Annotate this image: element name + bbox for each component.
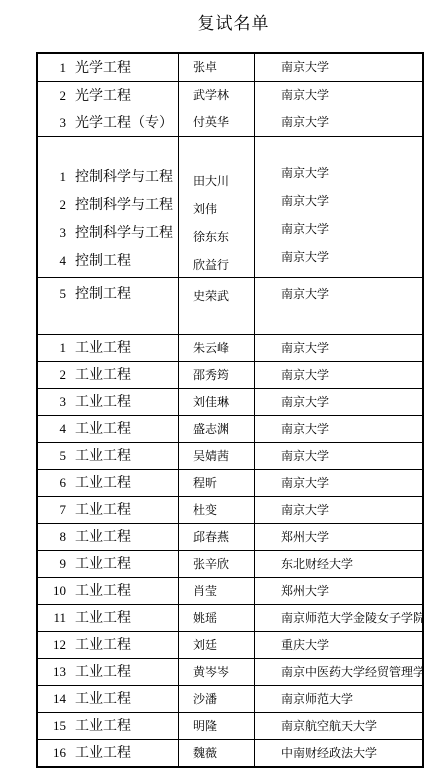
name-cell: 魏薇 <box>179 740 255 766</box>
major-cell: 11工业工程 <box>38 605 179 631</box>
table-row: 15工业工程 明隆 南京航空航天大学 <box>38 712 422 739</box>
table-row: 3工业工程 刘佳琳 南京大学 <box>38 388 422 415</box>
table-row: 11工业工程 姚瑶 南京师范大学金陵女子学院 <box>38 604 422 631</box>
major-cell: 1光学工程 <box>38 54 179 81</box>
major-cell: 1工业工程 <box>38 335 179 361</box>
student-name: 沙潘 <box>179 686 254 712</box>
major-label: 控制科学与工程 <box>75 226 173 241</box>
university-name: 南京航空航天大学 <box>255 713 422 739</box>
row-number: 11 <box>38 605 66 631</box>
university-cell: 郑州大学 <box>255 578 422 604</box>
university-cell: 南京大学 <box>255 54 422 81</box>
name-cell: 朱云峰 <box>179 335 255 361</box>
roster-table: 1光学工程 张卓 南京大学 2光学工程 3光学工程（专） 武学林 付英华 南京大… <box>36 52 424 768</box>
row-number: 16 <box>38 740 66 766</box>
university-cell: 南京大学 <box>255 335 422 361</box>
university-name: 郑州大学 <box>255 524 422 550</box>
name-cell: 武学林 付英华 <box>179 82 255 136</box>
university-cell: 南京大学 <box>255 416 422 442</box>
name-cell: 史荣武 <box>179 278 255 334</box>
name-cell: 刘佳琳 <box>179 389 255 415</box>
major-label: 工业工程 <box>75 692 131 707</box>
row-number: 1 <box>38 54 66 81</box>
student-name: 徐东东 <box>179 223 254 251</box>
major-label: 光学工程（专） <box>75 116 173 131</box>
table-row: 16工业工程 魏薇 中南财经政法大学 <box>38 739 422 766</box>
table-row: 9工业工程 张辛欣 东北财经大学 <box>38 550 422 577</box>
major-label: 控制工程 <box>75 254 131 269</box>
university-name: 南京大学 <box>255 109 422 136</box>
row-number: 3 <box>38 219 66 247</box>
major-label: 工业工程 <box>75 422 131 437</box>
major-label: 工业工程 <box>75 449 131 464</box>
row-number: 1 <box>38 335 66 361</box>
name-cell: 盛志渊 <box>179 416 255 442</box>
major-label: 工业工程 <box>75 746 131 761</box>
university-cell: 重庆大学 <box>255 632 422 658</box>
major-label: 工业工程 <box>75 557 131 572</box>
major-label: 工业工程 <box>75 503 131 518</box>
major-label: 工业工程 <box>75 530 131 545</box>
university-name: 南京大学 <box>255 389 422 415</box>
university-cell: 中南财经政法大学 <box>255 740 422 766</box>
major-label: 工业工程 <box>75 476 131 491</box>
major-label: 工业工程 <box>75 719 131 734</box>
student-name: 田大川 <box>179 167 254 195</box>
row-number: 1 <box>38 163 66 191</box>
row-number: 9 <box>38 551 66 577</box>
university-cell: 南京大学 <box>255 278 422 334</box>
major-cell: 12工业工程 <box>38 632 179 658</box>
name-cell: 姚瑶 <box>179 605 255 631</box>
major-label: 工业工程 <box>75 395 131 410</box>
name-cell: 张辛欣 <box>179 551 255 577</box>
major-cell: 4工业工程 <box>38 416 179 442</box>
page-title: 复试名单 <box>0 9 439 34</box>
name-cell: 黄岑岑 <box>179 659 255 685</box>
student-name: 刘伟 <box>179 195 254 223</box>
university-name: 南京大学 <box>255 54 422 81</box>
table-row: 12工业工程 刘廷 重庆大学 <box>38 631 422 658</box>
table-row: 2工业工程 邵秀筠 南京大学 <box>38 361 422 388</box>
major-label: 光学工程 <box>75 61 131 76</box>
major-cell: 6工业工程 <box>38 470 179 496</box>
student-name: 盛志渊 <box>179 416 254 442</box>
university-cell: 郑州大学 <box>255 524 422 550</box>
major-cell: 8工业工程 <box>38 524 179 550</box>
table-row: 4工业工程 盛志渊 南京大学 <box>38 415 422 442</box>
row-number: 2 <box>38 191 66 219</box>
table-row: 14工业工程 沙潘 南京师范大学 <box>38 685 422 712</box>
university-cell: 南京大学 <box>255 389 422 415</box>
row-number: 3 <box>38 109 66 136</box>
university-name: 郑州大学 <box>255 578 422 604</box>
university-name: 南京大学 <box>255 215 422 243</box>
major-cell: 13工业工程 <box>38 659 179 685</box>
row-number: 15 <box>38 713 66 739</box>
university-cell: 南京航空航天大学 <box>255 713 422 739</box>
table-row: 8工业工程 邱春燕 郑州大学 <box>38 523 422 550</box>
row-number: 10 <box>38 578 66 604</box>
row-number: 4 <box>38 416 66 442</box>
university-name: 南京大学 <box>255 187 422 215</box>
table-row: 10工业工程 肖莹 郑州大学 <box>38 577 422 604</box>
university-cell: 南京师范大学 <box>255 686 422 712</box>
name-cell: 邱春燕 <box>179 524 255 550</box>
university-cell: 南京大学 <box>255 497 422 523</box>
major-label: 工业工程 <box>75 611 131 626</box>
university-cell: 南京大学 南京大学 <box>255 82 422 136</box>
major-label: 控制科学与工程 <box>75 198 173 213</box>
university-name: 南京中医药大学经贸管理学院 <box>255 659 422 685</box>
university-cell: 东北财经大学 <box>255 551 422 577</box>
university-cell: 南京师范大学金陵女子学院 <box>255 605 422 631</box>
name-cell: 刘廷 <box>179 632 255 658</box>
major-label: 工业工程 <box>75 638 131 653</box>
student-name: 邱春燕 <box>179 524 254 550</box>
table-row: 13工业工程 黄岑岑 南京中医药大学经贸管理学院 <box>38 658 422 685</box>
university-name: 南京大学 <box>255 243 422 271</box>
major-cell: 16工业工程 <box>38 740 179 766</box>
university-name: 南京师范大学金陵女子学院 <box>255 605 422 631</box>
university-cell: 南京大学 <box>255 443 422 469</box>
major-label: 工业工程 <box>75 368 131 383</box>
major-cell: 7工业工程 <box>38 497 179 523</box>
university-name: 南京大学 <box>255 416 422 442</box>
row-number: 5 <box>38 443 66 469</box>
university-name: 南京大学 <box>255 159 422 187</box>
student-name: 付英华 <box>179 109 254 136</box>
name-cell: 明隆 <box>179 713 255 739</box>
table-row: 7工业工程 杜变 南京大学 <box>38 496 422 523</box>
university-name: 中南财经政法大学 <box>255 740 422 766</box>
university-name: 南京大学 <box>255 82 422 109</box>
university-cell: 南京大学 南京大学 南京大学 南京大学 <box>255 137 422 277</box>
row-number: 3 <box>38 389 66 415</box>
student-name: 武学林 <box>179 82 254 109</box>
row-number: 6 <box>38 470 66 496</box>
student-name: 朱云峰 <box>179 335 254 361</box>
row-number: 2 <box>38 362 66 388</box>
university-name: 重庆大学 <box>255 632 422 658</box>
name-cell: 邵秀筠 <box>179 362 255 388</box>
name-cell: 田大川 刘伟 徐东东 欣益行 <box>179 137 255 277</box>
name-cell: 程昕 <box>179 470 255 496</box>
table-row-group: 2光学工程 3光学工程（专） 武学林 付英华 南京大学 南京大学 <box>38 81 422 136</box>
student-name: 刘廷 <box>179 632 254 658</box>
major-label: 工业工程 <box>75 341 131 356</box>
row-number: 7 <box>38 497 66 523</box>
major-cell: 2光学工程 3光学工程（专） <box>38 82 179 136</box>
university-name: 南京大学 <box>255 470 422 496</box>
student-name: 刘佳琳 <box>179 389 254 415</box>
university-name: 南京大学 <box>255 497 422 523</box>
major-label: 光学工程 <box>75 89 131 104</box>
student-name: 张辛欣 <box>179 551 254 577</box>
student-name: 姚瑶 <box>179 605 254 631</box>
university-name: 南京大学 <box>255 443 422 469</box>
row-number: 5 <box>38 280 66 308</box>
student-name: 邵秀筠 <box>179 362 254 388</box>
university-cell: 南京大学 <box>255 470 422 496</box>
table-row: 5控制工程 史荣武 南京大学 <box>38 277 422 334</box>
row-number: 4 <box>38 247 66 275</box>
name-cell: 杜变 <box>179 497 255 523</box>
student-name: 史荣武 <box>179 282 254 310</box>
student-name: 黄岑岑 <box>179 659 254 685</box>
document-page: 复试名单 1光学工程 张卓 南京大学 2光学工程 3光学工程（专） 武学林 付英… <box>0 0 439 783</box>
student-name: 魏薇 <box>179 740 254 766</box>
major-label: 工业工程 <box>75 665 131 680</box>
major-cell: 1控制科学与工程 2控制科学与工程 3控制科学与工程 4控制工程 <box>38 137 179 277</box>
table-row-group: 1控制科学与工程 2控制科学与工程 3控制科学与工程 4控制工程 田大川 刘伟 … <box>38 136 422 277</box>
university-cell: 南京中医药大学经贸管理学院 <box>255 659 422 685</box>
student-name: 肖莹 <box>179 578 254 604</box>
university-name: 东北财经大学 <box>255 551 422 577</box>
university-name: 南京大学 <box>255 335 422 361</box>
table-row: 6工业工程 程昕 南京大学 <box>38 469 422 496</box>
table-row: 1光学工程 张卓 南京大学 <box>38 54 422 81</box>
student-name: 明隆 <box>179 713 254 739</box>
student-name: 欣益行 <box>179 251 254 277</box>
row-number: 12 <box>38 632 66 658</box>
major-cell: 9工业工程 <box>38 551 179 577</box>
name-cell: 肖莹 <box>179 578 255 604</box>
name-cell: 张卓 <box>179 54 255 81</box>
major-cell: 5工业工程 <box>38 443 179 469</box>
major-cell: 15工业工程 <box>38 713 179 739</box>
university-name: 南京大学 <box>255 280 422 308</box>
row-number: 14 <box>38 686 66 712</box>
table-row: 1工业工程 朱云峰 南京大学 <box>38 334 422 361</box>
row-number: 8 <box>38 524 66 550</box>
major-cell: 2工业工程 <box>38 362 179 388</box>
student-name: 程昕 <box>179 470 254 496</box>
major-label: 控制工程 <box>75 287 131 302</box>
name-cell: 沙潘 <box>179 686 255 712</box>
university-cell: 南京大学 <box>255 362 422 388</box>
university-name: 南京大学 <box>255 362 422 388</box>
student-name: 张卓 <box>179 54 254 81</box>
university-name: 南京师范大学 <box>255 686 422 712</box>
major-cell: 10工业工程 <box>38 578 179 604</box>
major-cell: 3工业工程 <box>38 389 179 415</box>
student-name: 杜变 <box>179 497 254 523</box>
row-number: 13 <box>38 659 66 685</box>
student-name: 吴婧茜 <box>179 443 254 469</box>
major-label: 控制科学与工程 <box>75 170 173 185</box>
name-cell: 吴婧茜 <box>179 443 255 469</box>
major-cell: 5控制工程 <box>38 278 179 334</box>
table-row: 5工业工程 吴婧茜 南京大学 <box>38 442 422 469</box>
major-cell: 14工业工程 <box>38 686 179 712</box>
major-label: 工业工程 <box>75 584 131 599</box>
row-number: 2 <box>38 82 66 109</box>
